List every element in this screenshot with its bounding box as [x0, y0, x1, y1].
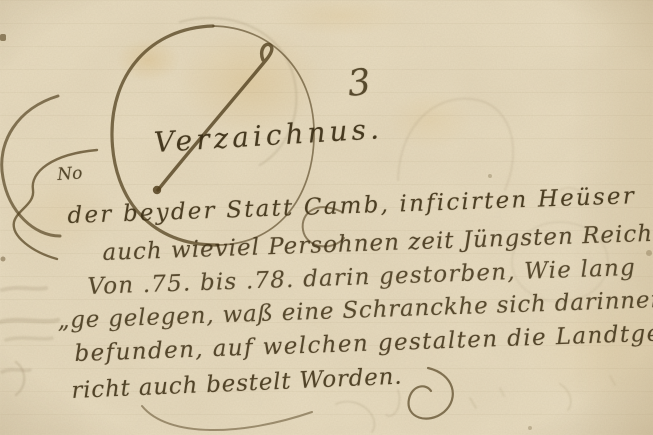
right-edge-shade	[573, 0, 653, 435]
folio-number: 3	[346, 62, 373, 105]
manuscript-page: 3 Verzaichnus. No der beyder Statt Camb,…	[0, 0, 653, 435]
margin-note: No	[57, 163, 83, 185]
